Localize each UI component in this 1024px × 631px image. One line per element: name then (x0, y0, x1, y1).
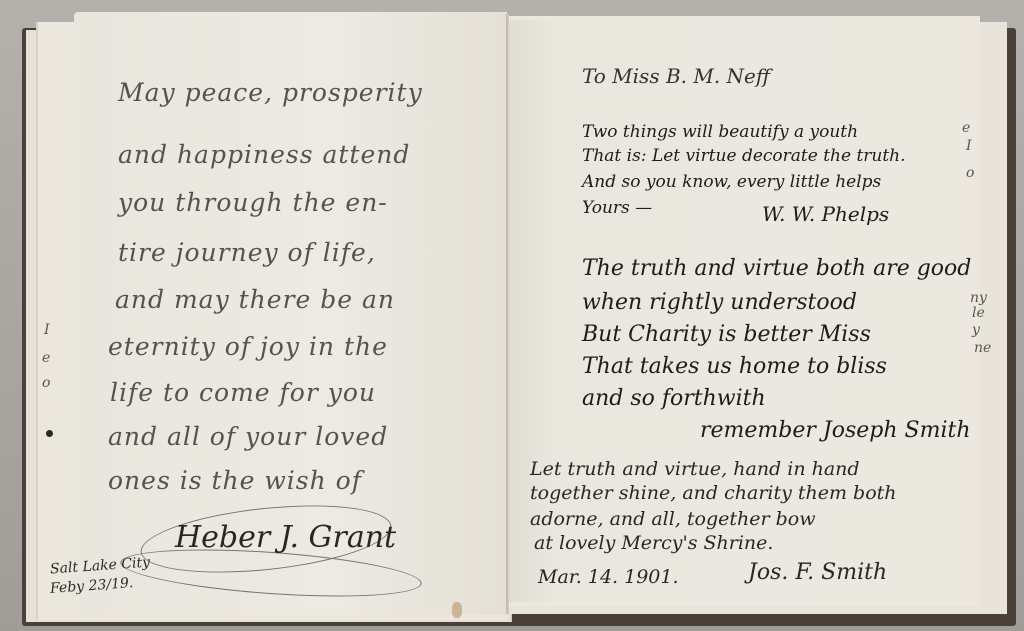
signature-jos-f-smith: Jos. F. Smith (748, 560, 887, 585)
entry2-line-2: when rightly understood (582, 290, 857, 315)
entry3-line-3: adorne, and all, together bow (530, 508, 815, 530)
left-line-2: and happiness attend (118, 140, 410, 169)
entry1-line-1: Two things will beautify a youth (582, 122, 858, 142)
margin-fragment: le (972, 305, 985, 321)
ink-blot (46, 430, 53, 437)
entry1-line-4: Yours — (582, 198, 652, 218)
entry3-line-1: Let truth and virtue, hand in hand (530, 458, 860, 480)
entry1-line-3: And so you know, every little helps (582, 172, 881, 192)
dedication: To Miss B. M. Neff (582, 64, 770, 88)
entry2-line-4: That takes us home to bliss (582, 354, 887, 379)
margin-fragment: o (42, 375, 50, 391)
left-line-9: ones is the wish of (108, 466, 362, 495)
left-line-5: and may there be an (115, 285, 395, 314)
entry3-line-4: at lovely Mercy's Shrine. (534, 532, 773, 554)
book-gutter (506, 14, 509, 614)
signature-ww-phelps: W. W. Phelps (762, 202, 889, 226)
left-line-3: you through the en- (118, 188, 388, 217)
margin-fragment: e (962, 120, 970, 136)
entry3-date: Mar. 14. 1901. (538, 566, 679, 588)
entry2-line-1: The truth and virtue both are good (582, 256, 971, 281)
left-line-6: eternity of joy in the (108, 332, 388, 361)
entry2-line-5: and so forthwith (582, 386, 766, 411)
margin-fragment: y (972, 322, 980, 338)
entry2-line-3: But Charity is better Miss (582, 322, 871, 347)
margin-fragment: ne (974, 340, 991, 356)
margin-fragment: I (44, 322, 50, 338)
signature-joseph-smith: remember Joseph Smith (700, 418, 971, 443)
left-line-4: tire journey of life, (118, 238, 376, 267)
entry3-line-2: together shine, and charity them both (530, 482, 897, 504)
margin-fragment: ny (970, 290, 987, 306)
left-line-7: life to come for you (110, 378, 376, 407)
left-line-8: and all of your loved (108, 422, 388, 451)
entry1-line-2: That is: Let virtue decorate the truth. (582, 146, 906, 166)
paper-stain (452, 602, 462, 618)
margin-fragment: I (966, 138, 972, 154)
left-line-1: May peace, prosperity (118, 78, 423, 107)
signature-heber-j-grant: Heber J. Grant (175, 520, 396, 555)
margin-fragment: e (42, 350, 50, 366)
margin-fragment: o (966, 165, 974, 181)
